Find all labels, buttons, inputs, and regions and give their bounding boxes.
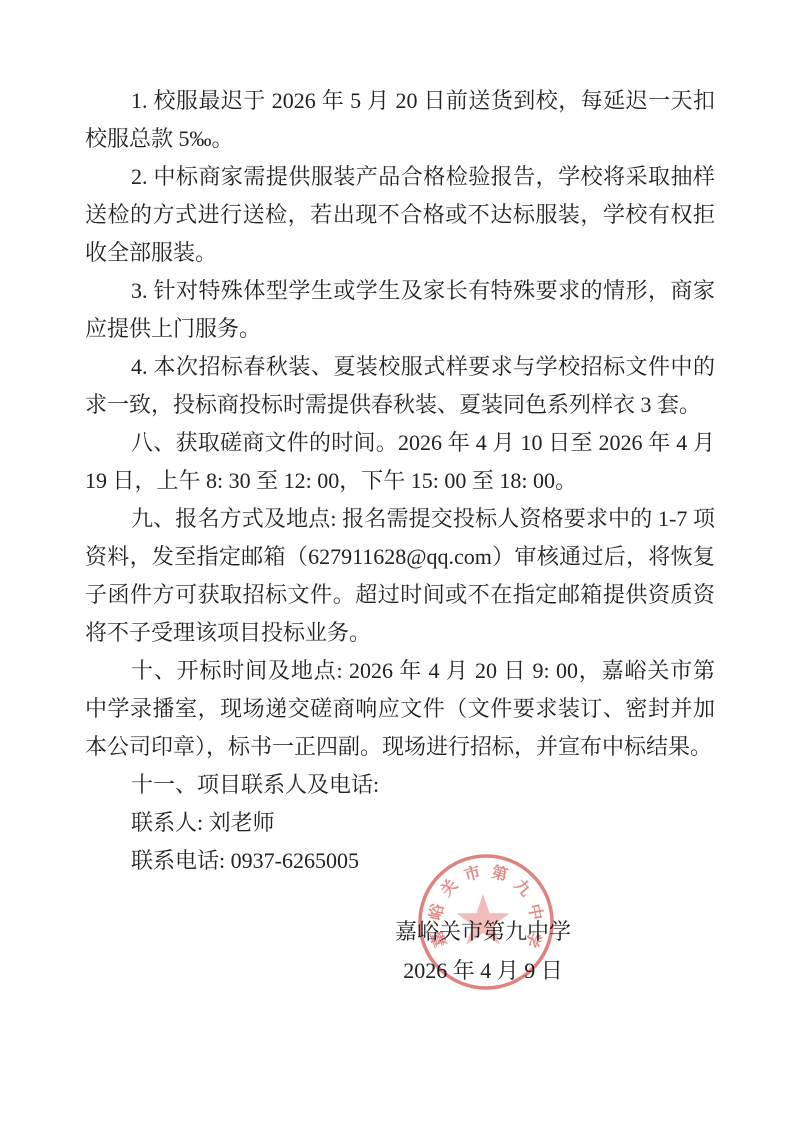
signature-block: 嘉峪关市第九中学 2026 年 4 月 9 日: [383, 912, 583, 990]
document-line: 将不子受理该项目投标业务。: [85, 614, 715, 652]
contact-person-line: 联系人: 刘老师: [85, 804, 715, 842]
document-line: 八、获取磋商文件的时间。2026 年 4 月 10 日至 2026 年 4 月: [85, 424, 715, 462]
document-line: 本公司印章），标书一正四副。现场进行招标，并宣布中标结果。: [85, 728, 715, 766]
document-line: 九、报名方式及地点: 报名需提交投标人资格要求中的 1-7 项: [85, 500, 715, 538]
signature-date: 2026 年 4 月 9 日: [383, 951, 583, 990]
document-line: 3. 针对特殊体型学生或学生及家长有特殊要求的情形，商家: [85, 272, 715, 310]
document-line: 十、开标时间及地点: 2026 年 4 月 20 日 9: 00，嘉峪关市第九: [85, 652, 715, 690]
document-line: 2. 中标商家需提供服装产品合格检验报告，学校将采取抽样: [85, 158, 715, 196]
signature-org: 嘉峪关市第九中学: [383, 912, 583, 951]
document-line: 校服总款 5‰。: [85, 120, 715, 158]
contact-phone-line: 联系电话: 0937-6265005: [85, 842, 715, 880]
document-line: 中学录播室，现场递交磋商响应文件（文件要求装订、密封并加盖: [85, 690, 715, 728]
document-line: 十一、项目联系人及电话:: [85, 766, 715, 804]
document-line: 19 日，上午 8: 30 至 12: 00，下午 15: 00 至 18: 0…: [85, 462, 715, 500]
document-line: 资料，发至指定邮箱（627911628@qq.com）审核通过后，将恢复电: [85, 538, 715, 576]
document-line: 求一致，投标商投标时需提供春秋装、夏装同色系列样衣 3 套。: [85, 386, 715, 424]
document-line: 应提供上门服务。: [85, 310, 715, 348]
document-body: 1. 校服最迟于 2026 年 5 月 20 日前送货到校，每延迟一天扣除 校服…: [85, 82, 715, 880]
document-page: 1. 校服最迟于 2026 年 5 月 20 日前送货到校，每延迟一天扣除 校服…: [0, 0, 800, 1131]
document-line: 送检的方式进行送检，若出现不合格或不达标服装，学校有权拒: [85, 196, 715, 234]
document-line: 收全部服装。: [85, 234, 715, 272]
document-line: 子函件方可获取招标文件。超过时间或不在指定邮箱提供资质资料: [85, 576, 715, 614]
document-line: 4. 本次招标春秋装、夏装校服式样要求与学校招标文件中的要: [85, 348, 715, 386]
document-line: 1. 校服最迟于 2026 年 5 月 20 日前送货到校，每延迟一天扣除: [85, 82, 715, 120]
